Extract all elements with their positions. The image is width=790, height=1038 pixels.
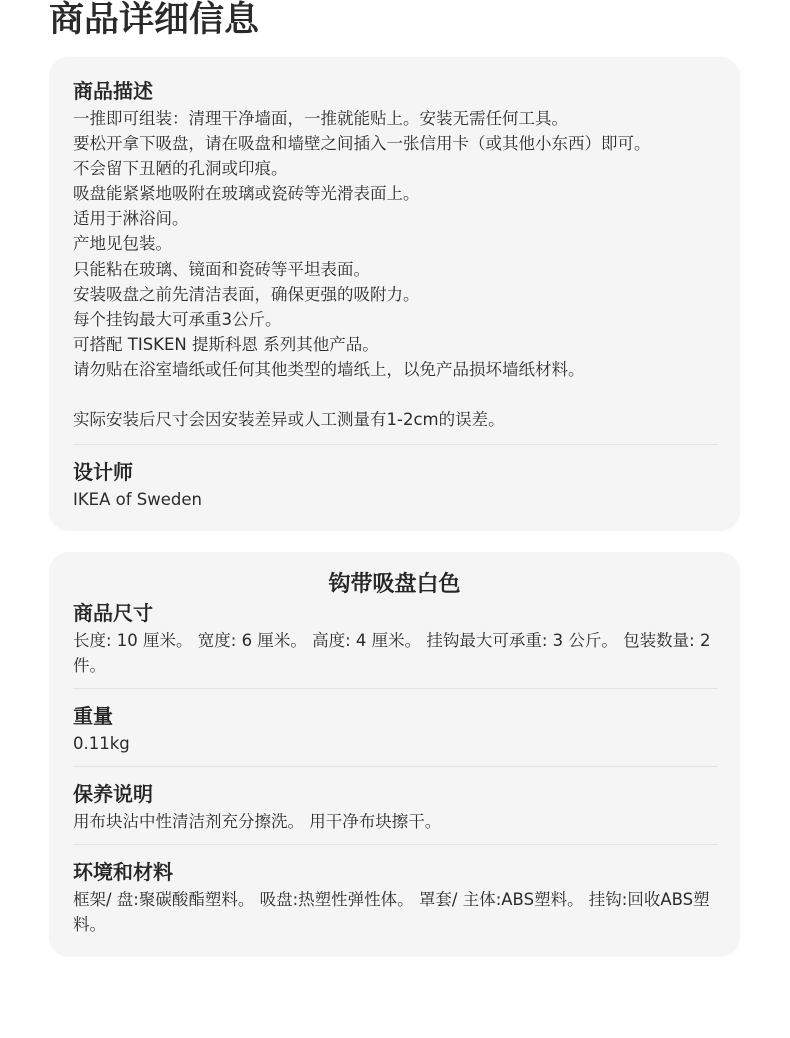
page-title: 商品详细信息 — [49, 0, 259, 42]
care-heading: 保养说明 — [73, 781, 718, 807]
materials-section: 环境和材料 框架/ 盘:聚碳酸酯塑料。 吸盘:热塑性弹性体。 罩套/ 主体:AB… — [73, 859, 718, 937]
description-text: 一推即可组装：清理干净墙面，一推就能贴上。安装无需任何工具。 要松开拿下吸盘，请… — [73, 106, 718, 432]
description-section: 商品描述 一推即可组装：清理干净墙面，一推就能贴上。安装无需任何工具。 要松开拿… — [73, 78, 718, 432]
description-line: 吸盘能紧紧地吸附在玻璃或瓷砖等光滑表面上。 — [73, 181, 718, 206]
variant-title: 钩带吸盘白色 — [49, 571, 740, 599]
weight-heading: 重量 — [73, 703, 718, 729]
divider — [73, 688, 718, 689]
product-description-card: 商品描述 一推即可组装：清理干净墙面，一推就能贴上。安装无需任何工具。 要松开拿… — [49, 57, 740, 531]
materials-heading: 环境和材料 — [73, 859, 718, 885]
description-line: 适用于淋浴间。 — [73, 206, 718, 231]
description-blank-line — [73, 382, 718, 407]
product-variant-card: 钩带吸盘白色 商品尺寸 长度: 10 厘米。 宽度: 6 厘米。 高度: 4 厘… — [49, 552, 740, 957]
dimensions-value: 长度: 10 厘米。 宽度: 6 厘米。 高度: 4 厘米。 挂钩最大可承重: … — [73, 628, 718, 678]
divider — [73, 444, 718, 445]
description-line: 只能粘在玻璃、镜面和瓷砖等平坦表面。 — [73, 257, 718, 282]
description-line: 产地见包装。 — [73, 231, 718, 256]
description-line: 安装吸盘之前先清洁表面，确保更强的吸附力。 — [73, 282, 718, 307]
designer-heading: 设计师 — [73, 459, 718, 485]
description-heading: 商品描述 — [73, 78, 718, 104]
designer-section: 设计师 IKEA of Sweden — [73, 459, 718, 512]
dimensions-heading: 商品尺寸 — [73, 600, 718, 626]
designer-value: IKEA of Sweden — [73, 487, 718, 512]
weight-section: 重量 0.11kg — [73, 703, 718, 756]
materials-value: 框架/ 盘:聚碳酸酯塑料。 吸盘:热塑性弹性体。 罩套/ 主体:ABS塑料。 挂… — [73, 887, 718, 937]
description-line: 一推即可组装：清理干净墙面，一推就能贴上。安装无需任何工具。 — [73, 106, 718, 131]
weight-value: 0.11kg — [73, 731, 718, 756]
description-line: 可搭配 TISKEN 提斯科恩 系列其他产品。 — [73, 332, 718, 357]
dimensions-section: 商品尺寸 长度: 10 厘米。 宽度: 6 厘米。 高度: 4 厘米。 挂钩最大… — [73, 600, 718, 678]
description-line: 每个挂钩最大可承重3公斤。 — [73, 307, 718, 332]
description-line: 不会留下丑陋的孔洞或印痕。 — [73, 156, 718, 181]
divider — [73, 766, 718, 767]
description-line: 请勿贴在浴室墙纸或任何其他类型的墙纸上，以免产品损坏墙纸材料。 — [73, 357, 718, 382]
divider — [73, 844, 718, 845]
description-line: 实际安装后尺寸会因安装差异或人工测量有1-2cm的误差。 — [73, 407, 718, 432]
care-value: 用布块沾中性清洁剂充分擦洗。 用干净布块擦干。 — [73, 809, 718, 834]
description-line: 要松开拿下吸盘，请在吸盘和墙壁之间插入一张信用卡（或其他小东西）即可。 — [73, 131, 718, 156]
care-section: 保养说明 用布块沾中性清洁剂充分擦洗。 用干净布块擦干。 — [73, 781, 718, 834]
